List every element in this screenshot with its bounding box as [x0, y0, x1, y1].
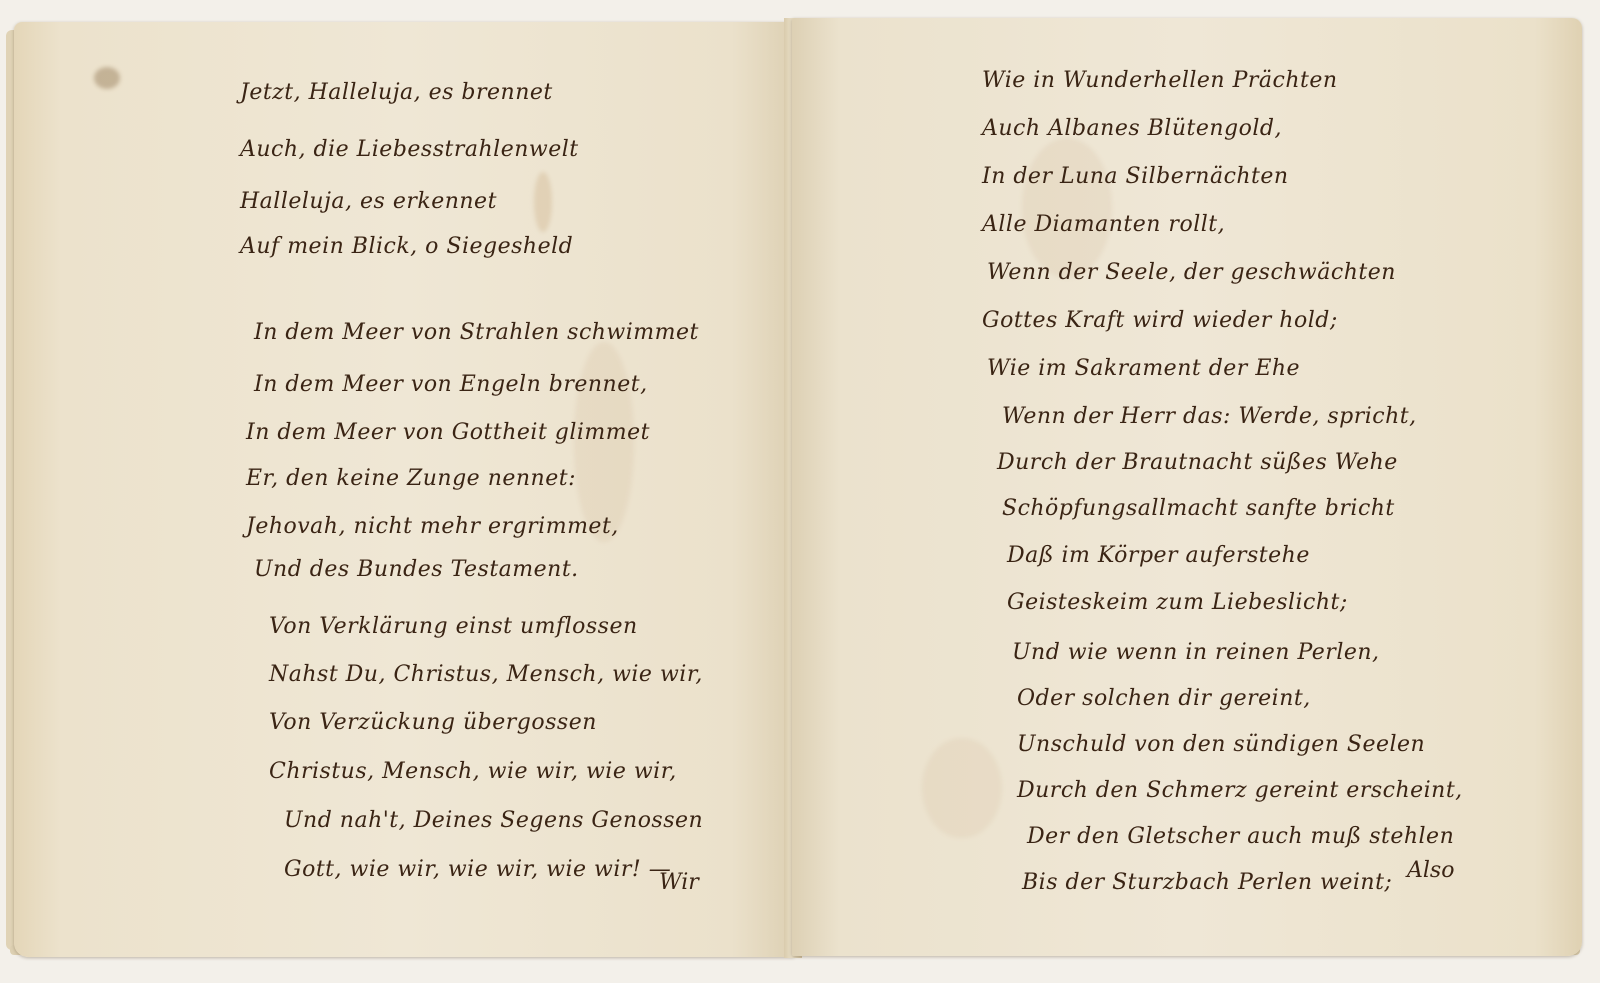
verse-line: Von Verklärung einst umflossen — [269, 614, 638, 639]
verse-line: In dem Meer von Strahlen schwimmet — [254, 320, 699, 345]
verse-line: Auch, die Liebesstrahlenwelt — [240, 137, 579, 162]
verse-line: Und wie wenn in reinen Perlen, — [1012, 640, 1380, 665]
verse-line: In dem Meer von Engeln brennet, — [254, 372, 648, 397]
verse-line: Wie in Wunderhellen Prächten — [982, 68, 1338, 93]
verse-line: Gott, wie wir, wie wir, wie wir! — — [284, 857, 671, 882]
left-page-text: Jetzt, Halleluja, es brennet Auch, die L… — [14, 22, 794, 957]
verse-line: Alle Diamanten rollt, — [982, 212, 1225, 237]
verse-line: Jehovah, nicht mehr ergrimmet, — [246, 514, 619, 539]
catchword: Wir — [659, 870, 699, 895]
verse-line: Auch Albanes Blütengold, — [982, 116, 1282, 141]
verse-line: In dem Meer von Gottheit glimmet — [246, 420, 650, 445]
verse-line: Schöpfungsallmacht sanfte bricht — [1002, 496, 1395, 521]
right-page-text: Wie in Wunderhellen Prächten Auch Albane… — [792, 18, 1582, 956]
verse-line: Auf mein Blick, o Siegesheld — [240, 234, 573, 259]
catchword: Also — [1407, 858, 1454, 883]
verse-line: Christus, Mensch, wie wir, wie wir, — [269, 759, 677, 784]
verse-line: Der den Gletscher auch muß stehlen — [1027, 824, 1454, 849]
verse-line: In der Luna Silbernächten — [982, 164, 1289, 189]
verse-line: Jetzt, Halleluja, es brennet — [240, 80, 553, 105]
verse-line: Gottes Kraft wird wieder hold; — [982, 308, 1338, 333]
verse-line: Daß im Körper auferstehe — [1007, 543, 1310, 568]
verse-line: Wenn der Seele, der geschwächten — [987, 260, 1396, 285]
verse-line: Bis der Sturzbach Perlen weint; — [1022, 870, 1392, 895]
verse-line: Wie im Sakrament der Ehe — [987, 356, 1300, 381]
verse-line: Wenn der Herr das: Werde, spricht, — [1002, 404, 1417, 429]
verse-line: Halleluja, es erkennet — [240, 189, 497, 214]
verse-line: Durch den Schmerz gereint erscheint, — [1017, 778, 1463, 803]
verse-line: Und des Bundes Testament. — [254, 557, 579, 582]
verse-line: Unschuld von den sündigen Seelen — [1017, 732, 1425, 757]
verse-line: Durch der Brautnacht süßes Wehe — [997, 450, 1398, 475]
verse-line: Und nah't, Deines Segens Genossen — [284, 808, 703, 833]
verse-line: Nahst Du, Christus, Mensch, wie wir, — [269, 662, 703, 687]
verse-line: Von Verzückung übergossen — [269, 710, 597, 735]
verse-line: Oder solchen dir gereint, — [1017, 686, 1311, 711]
open-manuscript: Jetzt, Halleluja, es brennet Auch, die L… — [0, 0, 1600, 983]
verse-line: Er, den keine Zunge nennet: — [246, 466, 576, 491]
left-page: Jetzt, Halleluja, es brennet Auch, die L… — [14, 22, 794, 957]
verse-line: Geisteskeim zum Liebeslicht; — [1007, 590, 1348, 615]
right-page: Wie in Wunderhellen Prächten Auch Albane… — [792, 18, 1582, 956]
